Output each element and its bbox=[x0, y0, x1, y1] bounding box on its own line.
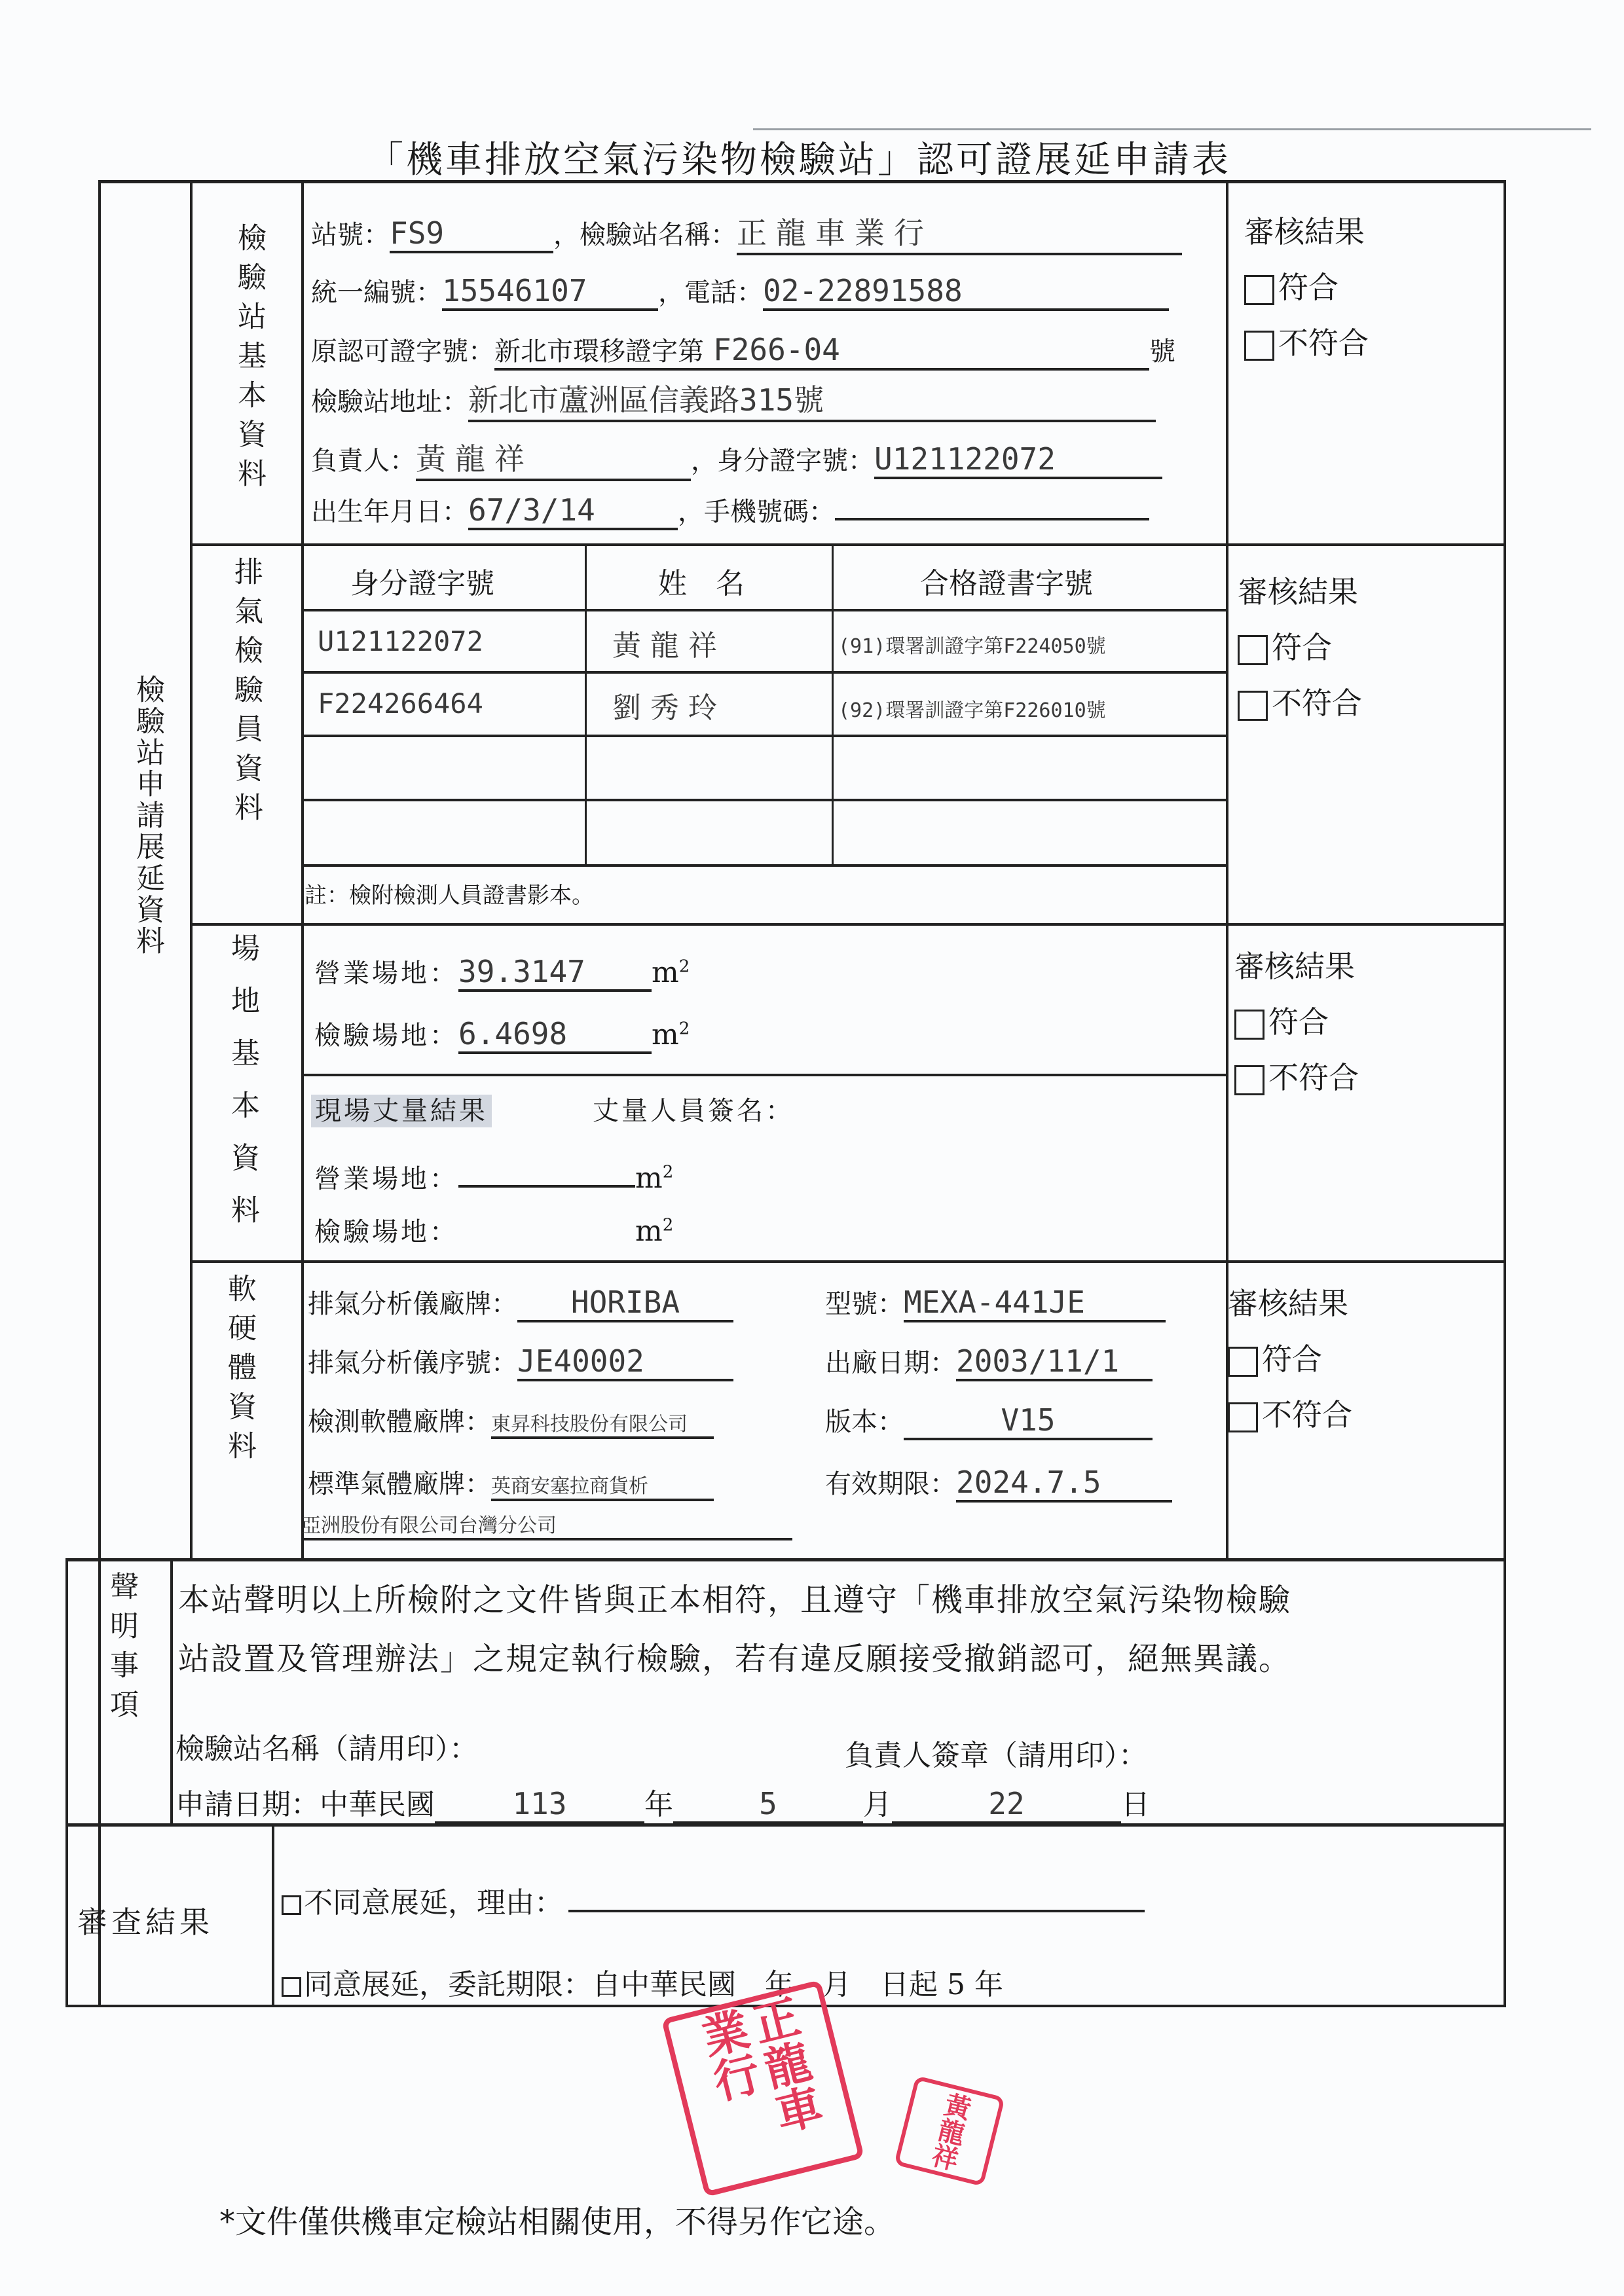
apply-date-row: 申請日期：中華民國113年5月22日 bbox=[175, 1781, 1150, 1824]
lower-left-border bbox=[65, 1558, 68, 2007]
station-seal-label: 檢驗站名稱（請用印）： bbox=[175, 1725, 478, 1767]
orig-permit-field[interactable]: 新北市環移證字第 F266-04 bbox=[494, 331, 1149, 371]
checkbox-icon[interactable] bbox=[1244, 275, 1274, 305]
section-label-text: 檢驗站基本資料 bbox=[227, 223, 271, 498]
inspection-area-row: 檢驗場地：6.4698m2 bbox=[314, 1015, 690, 1054]
software-brand-row: 檢測軟體廠牌：東昇科技股份有限公司 bbox=[308, 1401, 714, 1439]
analyzer-brand-row: 排氣分析儀廠牌：HORIBA bbox=[308, 1283, 733, 1322]
section-label-text: 聲明事項 bbox=[99, 1571, 143, 1728]
birth-row: 出生年月日：67/3/14，手機號碼： bbox=[311, 491, 1149, 530]
review-pass[interactable]: 符合 bbox=[1238, 611, 1362, 683]
unit-sup: 2 bbox=[679, 1019, 690, 1038]
col-header-id: 身分證字號 bbox=[350, 560, 494, 602]
review-fail[interactable]: 不符合 bbox=[1234, 1058, 1359, 1097]
software-brand-field[interactable]: 東昇科技股份有限公司 bbox=[491, 1408, 714, 1439]
checkbox-icon[interactable] bbox=[282, 1977, 301, 1997]
apply-month-field[interactable]: 5 bbox=[673, 1786, 863, 1824]
review-pass-label: 符合 bbox=[1278, 270, 1338, 305]
business-area-field[interactable]: 39.3147 bbox=[458, 954, 652, 992]
top-rule bbox=[753, 128, 1591, 130]
insp-grid-h2 bbox=[301, 671, 1226, 674]
col-divider-1 bbox=[190, 180, 193, 1561]
inspector-cert-cell[interactable]: (92)環署訓證字第F226010號 bbox=[838, 694, 1106, 723]
review-title: 審核結果 bbox=[1228, 1280, 1352, 1323]
review-box-site: 審核結果 符合 不符合 bbox=[1234, 943, 1359, 1097]
software-brand-label: 檢測軟體廠牌： bbox=[308, 1407, 491, 1437]
analyzer-brand-field[interactable]: HORIBA bbox=[517, 1285, 733, 1322]
inspector-cert-cell[interactable]: (91)環署訓證字第F224050號 bbox=[838, 630, 1106, 659]
section-label-review-result: 審查結果 bbox=[77, 1899, 213, 1942]
review-fail[interactable]: 不符合 bbox=[1238, 683, 1362, 723]
section-label-inspectors: 排氣檢驗員資料 bbox=[200, 556, 291, 831]
mfg-date-field[interactable]: 2003/11/1 bbox=[956, 1343, 1153, 1381]
review-box-inspectors: 審核結果 符合 不符合 bbox=[1238, 568, 1362, 723]
insp-grid-v2 bbox=[832, 543, 834, 864]
address-label: 檢驗站地址： bbox=[311, 387, 468, 417]
inspection-area-field[interactable]: 6.4698 bbox=[458, 1016, 652, 1054]
birth-label: 出生年月日： bbox=[311, 497, 468, 527]
tax-id-row: 統一編號：15546107，電話：02-22891588 bbox=[311, 272, 1169, 311]
row-divider-2 bbox=[190, 923, 1506, 926]
checkbox-icon[interactable] bbox=[1234, 1010, 1264, 1040]
table-border-right bbox=[1504, 180, 1506, 2007]
mobile-label: ，手機號碼： bbox=[678, 497, 835, 527]
approve-label: 同意展延，委託期限：自中華民國 年 月 日起 5 年 bbox=[304, 1968, 1003, 2001]
checkbox-icon[interactable] bbox=[1228, 1347, 1258, 1377]
measured-inspection-row: 檢驗場地：m2 bbox=[314, 1211, 673, 1248]
model-row: 型號：MEXA-441JE bbox=[825, 1283, 1166, 1322]
analyzer-brand-label: 排氣分析儀廠牌： bbox=[308, 1289, 517, 1319]
approve-option[interactable]: 同意展延，委託期限：自中華民國 年 月 日起 5 年 bbox=[282, 1961, 1003, 2003]
review-title: 審核結果 bbox=[1238, 568, 1362, 611]
col-header-name: 姓 名 bbox=[658, 560, 745, 602]
table-border-top bbox=[98, 180, 1506, 183]
apply-day-field[interactable]: 22 bbox=[892, 1786, 1121, 1824]
row-divider-4 bbox=[65, 1558, 1506, 1561]
section-label-hardware: 軟硬體資料 bbox=[193, 1273, 285, 1470]
phone-label: ，電話： bbox=[658, 278, 763, 308]
review-fail[interactable]: 不符合 bbox=[1244, 323, 1369, 363]
unit-m: m bbox=[635, 1161, 663, 1195]
review-title: 審核結果 bbox=[1234, 943, 1359, 986]
review-pass-label: 符合 bbox=[1262, 1341, 1322, 1377]
unit-m: m bbox=[652, 956, 679, 989]
analyzer-serial-field[interactable]: JE40002 bbox=[517, 1343, 733, 1381]
gas-brand-row-2: 亞洲股份有限公司台灣分公司 bbox=[301, 1506, 792, 1540]
inspector-note: 註：檢附檢測人員證書影本。 bbox=[304, 877, 594, 909]
owner-id-field[interactable]: U121122072 bbox=[874, 441, 1162, 479]
owner-id-label: ，身分證字號： bbox=[691, 446, 874, 476]
orig-permit-prefix: 新北市環移證字第 bbox=[494, 337, 704, 367]
col-divider-2 bbox=[301, 180, 304, 1561]
company-seal-stamp: 正龍車業行 bbox=[661, 1980, 864, 2197]
inspector-id-cell[interactable]: F224266464 bbox=[318, 687, 483, 720]
declaration-text-line2: 站設置及管理辦法」之規定執行檢驗，若有違反願接受撤銷認可，絕無異議。 bbox=[178, 1633, 1291, 1679]
declaration-divider bbox=[170, 1558, 173, 1823]
section-label-text: 軟硬體資料 bbox=[217, 1273, 261, 1470]
insp-grid-h1 bbox=[301, 609, 1226, 611]
measured-business-label: 營業場地： bbox=[314, 1164, 458, 1194]
address-row: 檢驗站地址：新北市蘆洲區信義路315號 bbox=[311, 376, 1156, 422]
birth-field[interactable]: 67/3/14 bbox=[468, 492, 678, 530]
outer-section-label: 檢驗站申請展延資料 bbox=[111, 674, 183, 957]
measured-inspection-label: 檢驗場地： bbox=[314, 1217, 458, 1247]
orig-permit-suffix: 號 bbox=[1149, 337, 1175, 367]
insp-grid-h5 bbox=[301, 864, 1226, 867]
orig-permit-row: 原認可證字號：新北市環移證字第 F266-04號 bbox=[311, 331, 1175, 371]
tax-id-label: 統一編號： bbox=[311, 278, 442, 308]
review-divider bbox=[272, 1823, 274, 2007]
station-no-row: 站號：FS9，檢驗站名稱：正龍車業行 bbox=[311, 210, 1182, 255]
site-divider bbox=[301, 1074, 1226, 1076]
page-title: 「機車排放空氣污染物檢驗站」認可證展延申請表 bbox=[367, 131, 1231, 183]
insp-grid-h3 bbox=[301, 735, 1226, 737]
business-area-label: 營業場地： bbox=[314, 958, 458, 989]
measured-business-field[interactable] bbox=[458, 1152, 635, 1188]
version-label: 版本： bbox=[825, 1407, 904, 1437]
measured-business-row: 營業場地：m2 bbox=[314, 1152, 673, 1195]
review-pass[interactable]: 符合 bbox=[1234, 986, 1359, 1058]
inspector-id-cell[interactable]: U121122072 bbox=[318, 625, 483, 657]
insp-grid-h4 bbox=[301, 799, 1226, 801]
table-border-left bbox=[98, 180, 101, 2007]
review-fail-label: 不符合 bbox=[1278, 325, 1369, 361]
mobile-field[interactable] bbox=[835, 518, 1149, 520]
mfg-date-row: 出廠日期：2003/11/1 bbox=[825, 1342, 1153, 1381]
owner-seal-label: 負責人簽章（請用印）： bbox=[845, 1732, 1147, 1774]
phone-field[interactable]: 02-22891588 bbox=[763, 273, 1169, 311]
analyzer-serial-row: 排氣分析儀序號：JE40002 bbox=[308, 1342, 733, 1381]
month-unit: 月 bbox=[863, 1788, 892, 1821]
review-pass-label: 符合 bbox=[1272, 630, 1332, 665]
gas-brand-field[interactable]: 英商安塞拉商貨析 bbox=[491, 1470, 714, 1501]
unit-sup: 2 bbox=[663, 1162, 674, 1182]
gas-brand-field-line2[interactable]: 亞洲股份有限公司台灣分公司 bbox=[301, 1509, 792, 1540]
year-unit: 年 bbox=[644, 1788, 673, 1821]
checkbox-icon[interactable] bbox=[1228, 1402, 1258, 1432]
review-fail[interactable]: 不符合 bbox=[1228, 1395, 1352, 1434]
section-label-site: 場地基本資料 bbox=[196, 933, 288, 1247]
col-header-cert: 合格證書字號 bbox=[920, 560, 1093, 602]
declaration-text-line1: 本站聲明以上所檢附之文件皆與正本相符，且遵守「機車排放空氣污染物檢驗 bbox=[178, 1575, 1291, 1620]
unit-sup: 2 bbox=[679, 957, 690, 976]
gas-brand-label: 標準氣體廠牌： bbox=[308, 1469, 491, 1499]
checkbox-icon[interactable] bbox=[1238, 691, 1268, 721]
section-label-text: 排氣檢驗員資料 bbox=[223, 556, 268, 831]
review-pass[interactable]: 符合 bbox=[1228, 1323, 1352, 1395]
review-fail-label: 不符合 bbox=[1272, 685, 1362, 721]
review-pass-label: 符合 bbox=[1268, 1004, 1329, 1040]
orig-permit-value: F266-04 bbox=[713, 332, 840, 367]
model-field[interactable]: MEXA-441JE bbox=[904, 1285, 1166, 1322]
version-row: 版本：V15 bbox=[825, 1401, 1153, 1440]
checkbox-icon[interactable] bbox=[1244, 331, 1274, 361]
tax-id-field[interactable]: 15546107 bbox=[442, 273, 658, 311]
measure-heading: 現場丈量結果 bbox=[311, 1095, 492, 1127]
orig-permit-label: 原認可證字號： bbox=[311, 337, 494, 367]
checkbox-icon[interactable] bbox=[1234, 1065, 1264, 1095]
gas-brand-row: 標準氣體廠牌：英商安塞拉商貨析 bbox=[308, 1463, 714, 1501]
review-title: 審核結果 bbox=[1244, 208, 1369, 251]
measurer-sign-label: 丈量人員簽名： bbox=[593, 1096, 794, 1126]
expiry-label: 有效期限： bbox=[825, 1469, 956, 1499]
review-fail-label: 不符合 bbox=[1262, 1397, 1352, 1432]
unit-sup: 2 bbox=[663, 1215, 674, 1235]
review-box-station: 審核結果 符合 不符合 bbox=[1244, 208, 1369, 363]
business-area-row: 營業場地：39.3147m2 bbox=[314, 953, 690, 992]
reject-option[interactable]: 不同意展延，理由： bbox=[282, 1879, 1145, 1921]
row-divider-1 bbox=[190, 543, 1506, 546]
owner-seal-stamp: 黃龍祥 bbox=[894, 2075, 1005, 2187]
apply-year-field[interactable]: 113 bbox=[435, 1786, 644, 1824]
model-label: 型號： bbox=[825, 1289, 904, 1319]
review-fail-label: 不符合 bbox=[1268, 1060, 1359, 1095]
inspector-name-cell[interactable]: 劉秀玲 bbox=[612, 684, 726, 726]
station-no-label: 站號： bbox=[311, 220, 390, 250]
owner-row: 負責人：黃龍祥，身分證字號：U121122072 bbox=[311, 435, 1162, 481]
day-unit: 日 bbox=[1121, 1788, 1150, 1821]
unit-m: m bbox=[652, 1018, 679, 1051]
version-field[interactable]: V15 bbox=[904, 1402, 1153, 1440]
checkbox-icon[interactable] bbox=[1238, 635, 1268, 665]
expiry-field[interactable]: 2024.7.5 bbox=[956, 1465, 1172, 1503]
station-no-field[interactable]: FS9 bbox=[390, 215, 553, 253]
row-divider-3 bbox=[190, 1260, 1506, 1263]
section-label-text: 場地基本資料 bbox=[220, 933, 265, 1247]
unit-m: m bbox=[635, 1214, 663, 1248]
measure-row: 現場丈量結果 丈量人員簽名： bbox=[311, 1090, 794, 1127]
owner-seal-text: 黃龍祥 bbox=[926, 2089, 973, 2172]
section-label-station-basic: 檢驗站基本資料 bbox=[203, 223, 295, 498]
expiry-row: 有效期限：2024.7.5 bbox=[825, 1463, 1172, 1503]
footer-note: *文件僅供機車定檢站相關使用，不得另作它途。 bbox=[219, 2196, 895, 2242]
mfg-date-label: 出廠日期： bbox=[825, 1348, 956, 1378]
insp-grid-v1 bbox=[585, 543, 587, 864]
station-name-label: ，檢驗站名稱： bbox=[553, 220, 737, 250]
review-pass[interactable]: 符合 bbox=[1244, 251, 1369, 323]
company-seal-text: 正龍車業行 bbox=[691, 1992, 834, 2185]
section-label-declaration: 聲明事項 bbox=[79, 1571, 164, 1728]
analyzer-serial-label: 排氣分析儀序號： bbox=[308, 1348, 517, 1378]
inspection-area-label: 檢驗場地： bbox=[314, 1021, 458, 1051]
owner-field[interactable]: 黃龍祥 bbox=[416, 435, 691, 481]
apply-date-label: 申請日期：中華民國 bbox=[175, 1788, 435, 1821]
reject-reason-field[interactable] bbox=[568, 1881, 1145, 1912]
checkbox-icon[interactable] bbox=[282, 1895, 301, 1915]
review-box-hardware: 審核結果 符合 不符合 bbox=[1228, 1280, 1352, 1434]
address-field[interactable]: 新北市蘆洲區信義路315號 bbox=[468, 376, 1156, 422]
outer-section-label-text: 檢驗站申請展延資料 bbox=[132, 674, 163, 957]
reject-label: 不同意展延，理由： bbox=[304, 1886, 563, 1920]
owner-label: 負責人： bbox=[311, 446, 416, 476]
inspector-name-cell[interactable]: 黃龍祥 bbox=[612, 622, 726, 664]
station-name-field[interactable]: 正龍車業行 bbox=[737, 210, 1182, 255]
